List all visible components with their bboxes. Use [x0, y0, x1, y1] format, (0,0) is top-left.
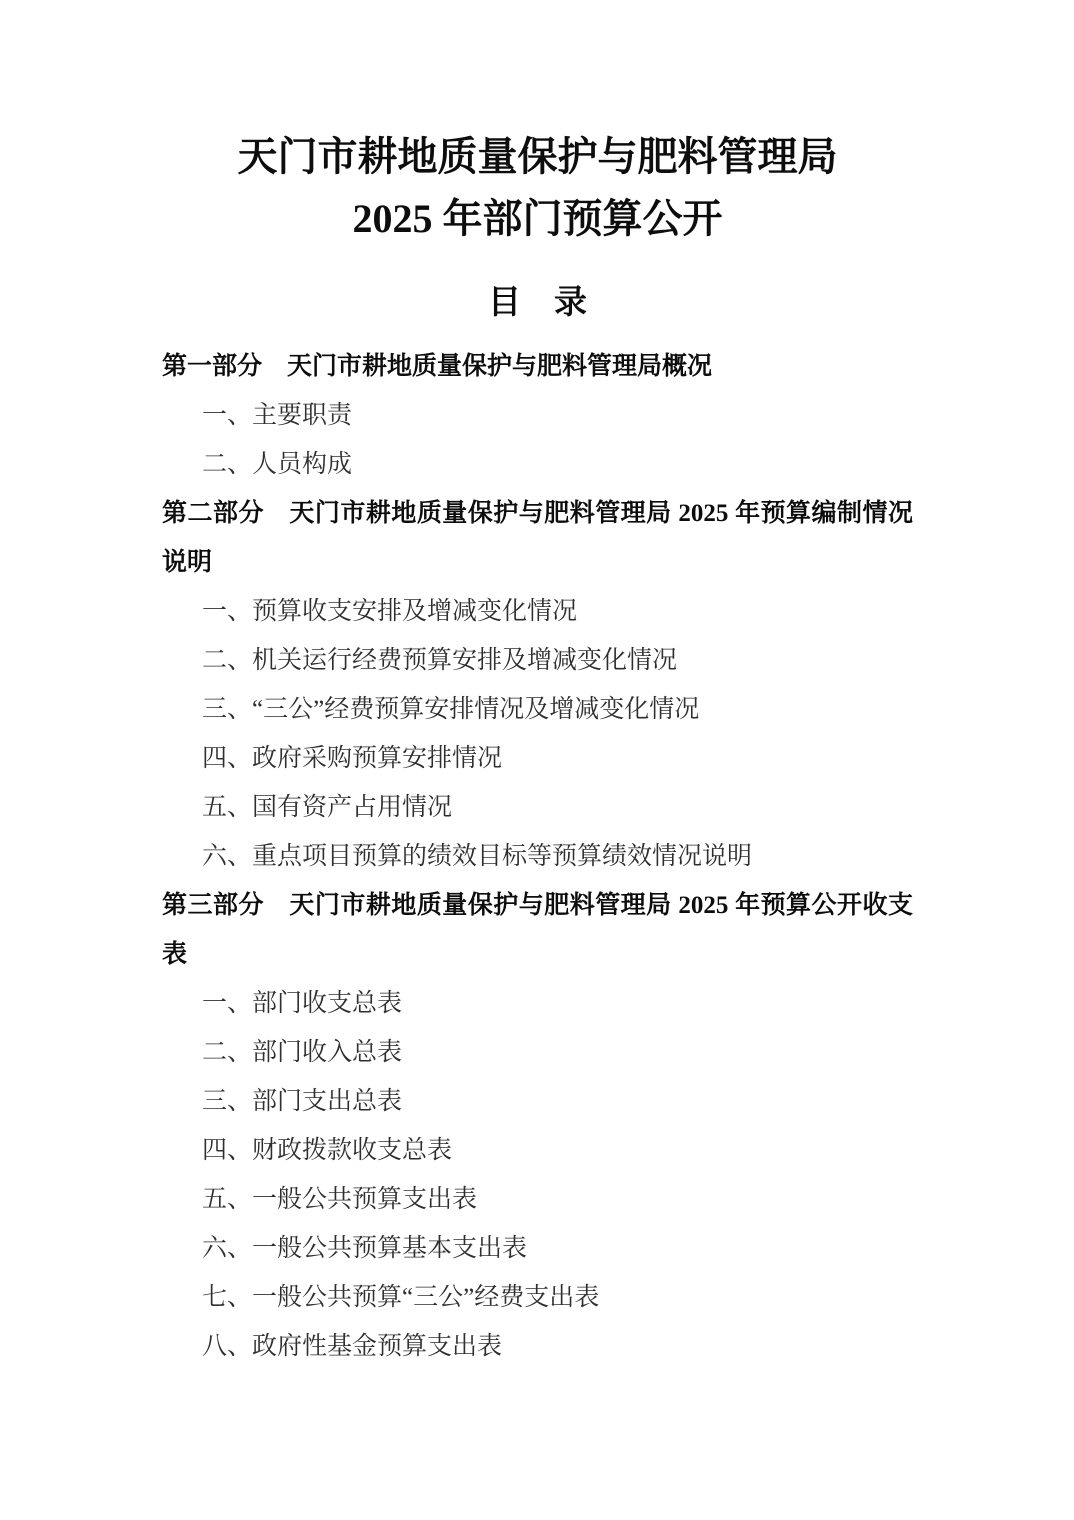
toc-item: 二、部门收入总表 — [162, 1028, 913, 1077]
toc-heading: 目 录 — [162, 280, 913, 326]
toc-item: 二、人员构成 — [162, 440, 913, 489]
toc-item: 一、主要职责 — [162, 391, 913, 440]
document-title: 天门市耕地质量保护与肥料管理局 2025 年部门预算公开 — [162, 126, 913, 250]
toc-item: 三、“三公”经费预算安排情况及增减变化情况 — [162, 685, 913, 734]
toc-item: 八、政府性基金预算支出表 — [162, 1322, 913, 1371]
toc-part2-heading-line2: 说明 — [162, 538, 913, 587]
toc-item: 三、部门支出总表 — [162, 1077, 913, 1126]
document-title-line2: 2025 年部门预算公开 — [162, 188, 913, 250]
toc-item: 七、一般公共预算“三公”经费支出表 — [162, 1273, 913, 1322]
toc-item: 六、一般公共预算基本支出表 — [162, 1224, 913, 1273]
toc-item: 四、政府采购预算安排情况 — [162, 734, 913, 783]
toc-part2-heading-line1: 第二部分 天门市耕地质量保护与肥料管理局 2025 年预算编制情况 — [162, 489, 913, 538]
toc-item: 一、部门收支总表 — [162, 979, 913, 1028]
document-title-line1: 天门市耕地质量保护与肥料管理局 — [162, 126, 913, 188]
toc-item: 一、预算收支安排及增减变化情况 — [162, 587, 913, 636]
toc-item: 五、一般公共预算支出表 — [162, 1175, 913, 1224]
document-page: 天门市耕地质量保护与肥料管理局 2025 年部门预算公开 目 录 第一部分 天门… — [0, 0, 1074, 1520]
toc-item: 四、财政拨款收支总表 — [162, 1126, 913, 1175]
toc-part1-heading: 第一部分 天门市耕地质量保护与肥料管理局概况 — [162, 342, 913, 391]
toc-item: 二、机关运行经费预算安排及增减变化情况 — [162, 636, 913, 685]
toc-part2-heading: 第二部分 天门市耕地质量保护与肥料管理局 2025 年预算编制情况 说明 — [162, 489, 913, 587]
toc-part3-heading-line2: 表 — [162, 930, 913, 979]
toc-item: 五、国有资产占用情况 — [162, 783, 913, 832]
toc-part3-heading-line1: 第三部分 天门市耕地质量保护与肥料管理局 2025 年预算公开收支 — [162, 881, 913, 930]
toc-item: 六、重点项目预算的绩效目标等预算绩效情况说明 — [162, 832, 913, 881]
table-of-contents: 第一部分 天门市耕地质量保护与肥料管理局概况 一、主要职责 二、人员构成 第二部… — [162, 342, 913, 1371]
toc-part3-heading: 第三部分 天门市耕地质量保护与肥料管理局 2025 年预算公开收支 表 — [162, 881, 913, 979]
